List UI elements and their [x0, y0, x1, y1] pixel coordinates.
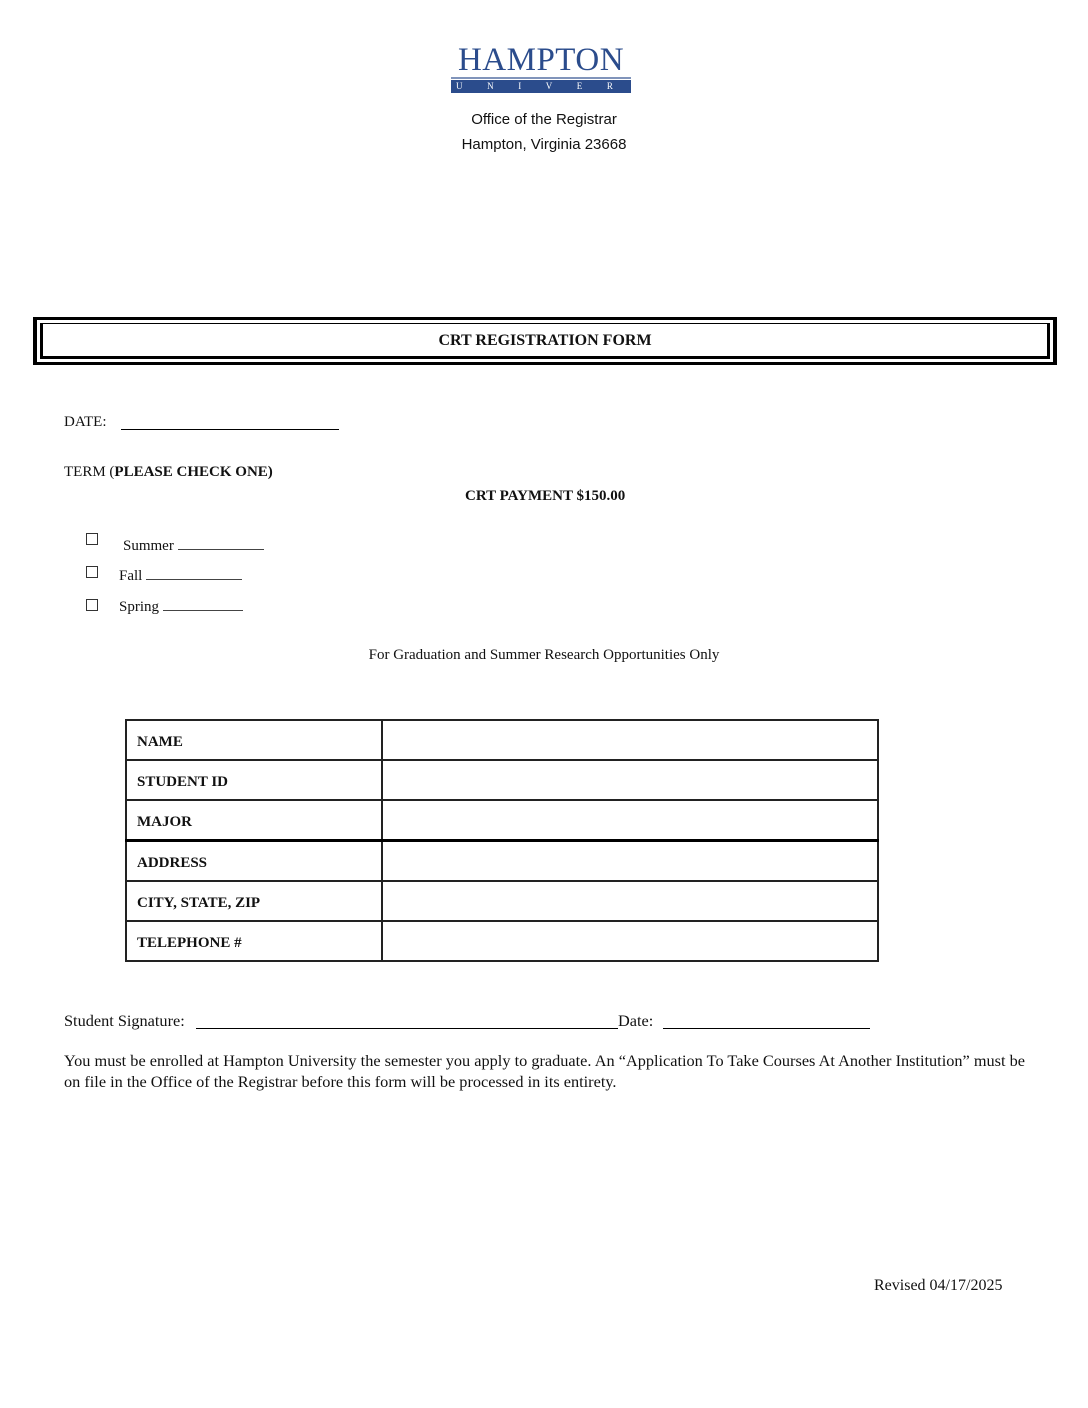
term-label: TERM (PLEASE CHECK ONE) — [64, 464, 273, 481]
table-row: CITY, STATE, ZIP — [126, 881, 878, 921]
summer-checkbox[interactable] — [86, 533, 98, 545]
name-field[interactable] — [382, 720, 878, 760]
form-title-box: CRT REGISTRATION FORM — [33, 317, 1057, 365]
city-state-zip-label: CITY, STATE, ZIP — [126, 881, 382, 921]
office-address: Hampton, Virginia 23668 — [0, 136, 1088, 153]
fall-label: Fall — [119, 568, 142, 584]
hampton-university-logo: HAMPTON U N I V E R S I T Y — [451, 44, 631, 93]
telephone-label: TELEPHONE # — [126, 921, 382, 961]
city-state-zip-field[interactable] — [382, 881, 878, 921]
spring-label: Spring — [119, 599, 159, 615]
spring-checkbox[interactable] — [86, 599, 98, 611]
enrollment-disclaimer: You must be enrolled at Hampton Universi… — [64, 1050, 1025, 1092]
crt-payment: CRT PAYMENT $150.00 — [465, 488, 625, 505]
revision-date: Revised 04/17/2025 — [874, 1277, 1002, 1295]
form-title: CRT REGISTRATION FORM — [40, 323, 1050, 359]
term-label-instruction: PLEASE CHECK ONE — [114, 464, 267, 480]
table-row: STUDENT ID — [126, 760, 878, 800]
logo-subtitle: U N I V E R S I T Y — [451, 80, 631, 93]
term-label-prefix: TERM ( — [64, 464, 114, 480]
table-row: TELEPHONE # — [126, 921, 878, 961]
spring-field[interactable] — [163, 596, 243, 611]
summer-field[interactable] — [178, 535, 264, 550]
table-row: ADDRESS — [126, 841, 878, 882]
address-label: ADDRESS — [126, 841, 382, 882]
term-label-suffix: ) — [268, 464, 273, 480]
table-row: MAJOR — [126, 800, 878, 841]
signature-field[interactable] — [196, 1027, 618, 1029]
office-name: Office of the Registrar — [0, 111, 1088, 128]
student-id-field[interactable] — [382, 760, 878, 800]
term-option-spring: Spring — [119, 596, 243, 616]
signature-date-label: Date: — [618, 1011, 653, 1031]
telephone-field[interactable] — [382, 921, 878, 961]
major-label: MAJOR — [126, 800, 382, 841]
term-option-summer: Summer — [123, 535, 264, 555]
table-row: NAME — [126, 720, 878, 760]
signature-label: Student Signature: — [64, 1011, 185, 1031]
address-field[interactable] — [382, 841, 878, 882]
signature-date-field[interactable] — [663, 1027, 870, 1029]
term-option-fall: Fall — [119, 565, 242, 585]
eligibility-note: For Graduation and Summer Research Oppor… — [0, 647, 1088, 664]
date-label: DATE: — [64, 414, 107, 431]
student-id-label: STUDENT ID — [126, 760, 382, 800]
fall-checkbox[interactable] — [86, 566, 98, 578]
fall-field[interactable] — [146, 565, 242, 580]
major-field[interactable] — [382, 800, 878, 841]
summer-label: Summer — [123, 538, 174, 554]
date-field[interactable] — [121, 428, 339, 430]
name-label: NAME — [126, 720, 382, 760]
student-info-table: NAME STUDENT ID MAJOR ADDRESS CITY, STAT… — [125, 719, 879, 962]
logo-wordmark: HAMPTON — [451, 44, 631, 76]
logo-rule — [451, 77, 631, 79]
